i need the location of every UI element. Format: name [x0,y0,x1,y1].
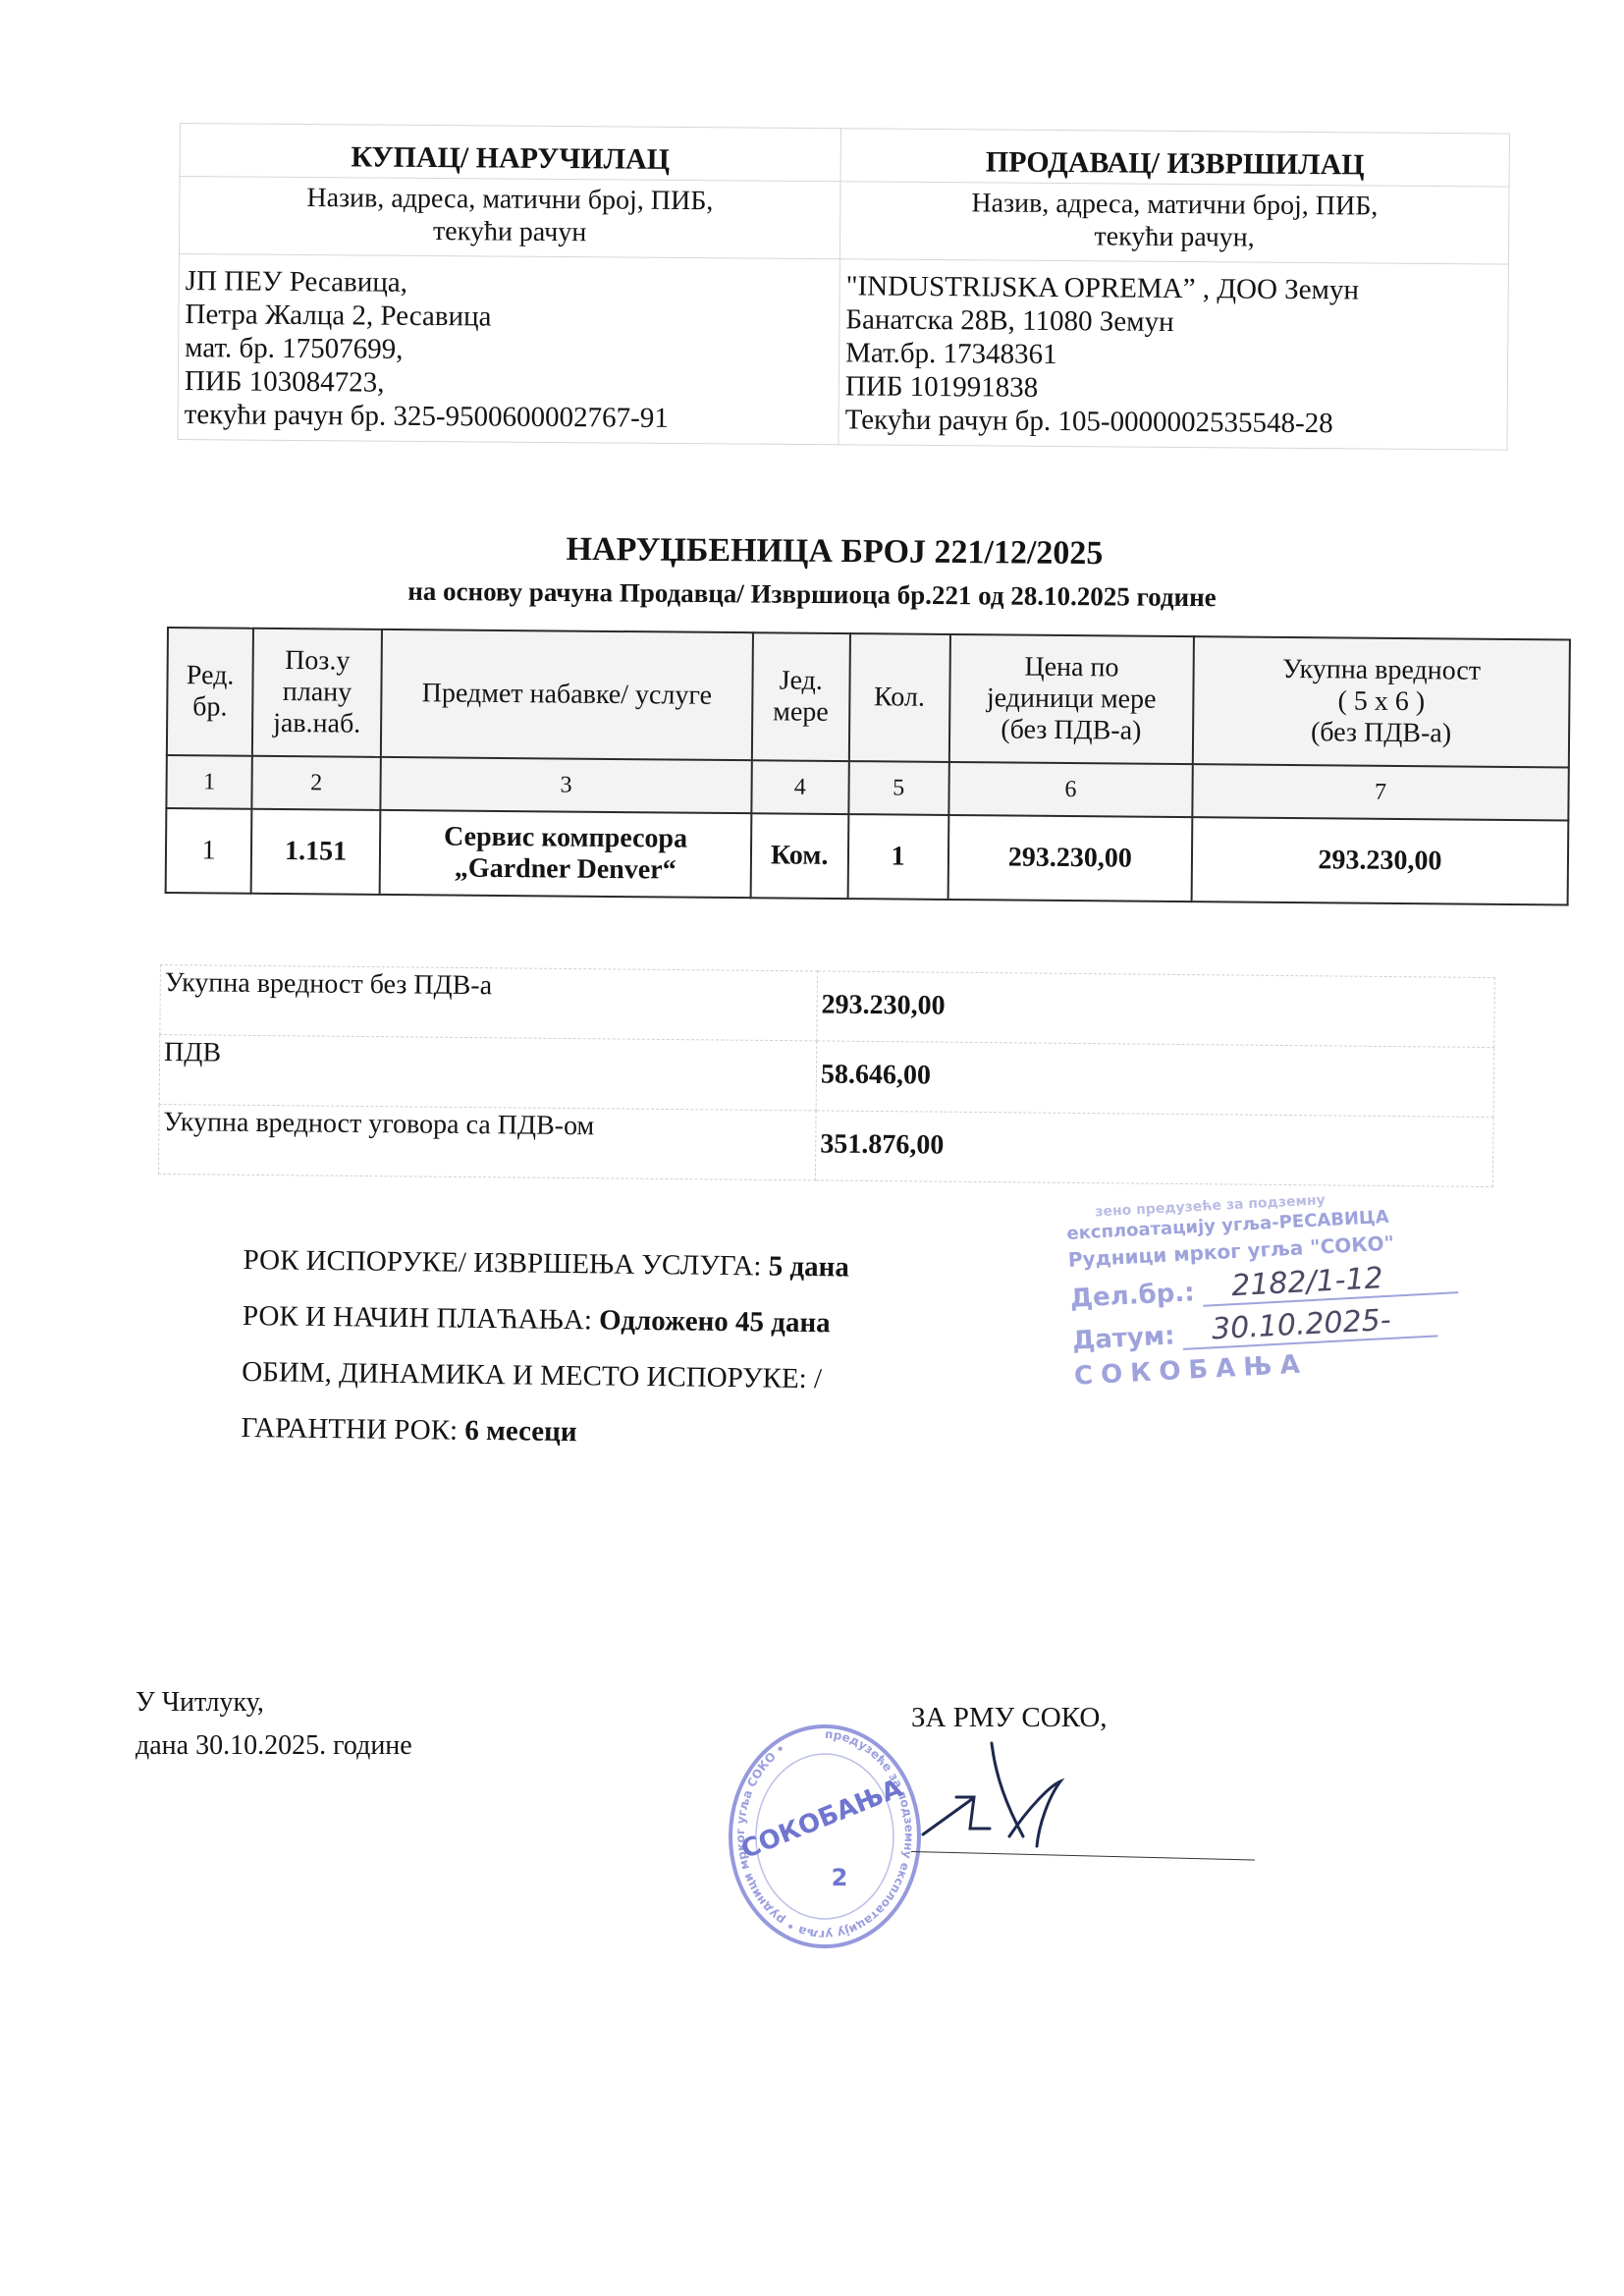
place-and-date: У Читлуку, дана 30.10.2025. године [135,1681,412,1768]
buyer-tax-id: ПИБ 103084723, [185,364,833,403]
signature-label: ЗА РМУ СОКО, [911,1702,1108,1734]
seller-tax-id: ПИБ 101991838 [845,369,1501,408]
grand-total-label: Укупна вредност уговора са ПДВ-ом [158,1104,816,1179]
terms-section: РОК ИСПОРУКЕ/ ИЗВРШЕЊА УСЛУГА: 5 дана РО… [241,1232,849,1464]
header-line: ( 5 x 6 ) [1198,684,1564,719]
signature-icon [913,1738,1110,1866]
term-label: РОК И НАЧИН ПЛАЋАЊА: [243,1300,592,1336]
term-label: ОБИМ, ДИНАМИКА И МЕСТО ИСПОРУКЕ: / [242,1356,822,1394]
header-line: јединици мере [954,683,1189,716]
buyer-details: ЈП ПЕУ Ресавица, Петра Жалца 2, Ресавица… [178,253,839,444]
table-row: 1 1.151 Сервис компресора „Gardner Denve… [166,808,1569,904]
row-number: 1 [166,808,252,894]
header-line: Јед. [757,665,844,697]
totals-row: ПДВ 58.646,00 [159,1035,1494,1118]
vat-value: 58.646,00 [816,1041,1494,1118]
header-line: (без ПДВ-а) [954,714,1189,747]
column-number: 1 [166,755,252,809]
buyer-reg-number: мат. бр. 17507699, [185,331,833,369]
grand-total-value: 351.876,00 [815,1111,1493,1187]
seller-details: "INDUSTRIJSKA OPREMA” , ДОО Земун Банатс… [839,259,1508,450]
seller-subheading: Назив, адреса, матични број, ПИБ, текући… [839,182,1509,264]
totals-row: Укупна вредност без ПДВ-а 293.230,00 [160,965,1495,1048]
header-line: бр. [172,691,247,724]
col-header-unit: Јед. мере [752,632,850,761]
col-header-plan-position: Поз.у плану јав.наб. [252,629,382,757]
header-line: плану [257,677,376,709]
items-header-row: Ред. бр. Поз.у плану јав.наб. Предмет на… [167,628,1570,767]
column-number: 2 [252,756,381,810]
buyer-name: ЈП ПЕУ Ресавица, [186,264,834,302]
stamp-number-value: 2182/1-12 [1201,1257,1458,1307]
unit-price: 293.230,00 [947,815,1192,902]
header-line: јав.наб. [257,708,376,740]
column-number: 4 [751,760,848,814]
payment-term: РОК И НАЧИН ПЛАЋАЊА: Одложено 45 дана [243,1288,849,1352]
seller-reg-number: Мат.бр. 17348361 [845,336,1501,374]
header-line: (без ПДВ-а) [1198,716,1564,750]
totals-row: Укупна вредност уговора са ПДВ-ом 351.87… [158,1104,1493,1186]
scope-term: ОБИМ, ДИНАМИКА И МЕСТО ИСПОРУКЕ: / [242,1344,848,1408]
term-value: 5 дана [769,1251,850,1284]
vat-label: ПДВ [159,1035,817,1111]
header-line: Поз.у [258,645,377,678]
column-number: 5 [848,761,948,815]
unit: Ком. [750,813,848,899]
stamp-date-value: 30.10.2025- [1181,1300,1438,1350]
place: У Читлуку, [135,1681,412,1724]
seller-bank-account: Текући рачун бр. 105-0000002535548-28 [845,403,1501,441]
seller-subheading-line: текући рачун, [846,218,1502,255]
buyer-bank-account: текући рачун бр. 325-9500600002767-91 [185,398,833,436]
buyer-subheading-line: Назив, адреса, матични број, ПИБ, [186,181,834,218]
issue-date: дана 30.10.2025. године [135,1724,412,1768]
seller-name: "INDUSTRIJSKA OPREMA” , ДОО Земун [846,269,1502,307]
subject-line: „Gardner Denver“ [382,852,749,887]
buyer-heading: КУПАЦ/ НАРУЧИЛАЦ [180,124,840,182]
col-header-row-number: Ред. бр. [167,628,253,756]
stamp-number-label: Дел.бр.: [1069,1278,1195,1314]
term-label: РОК ИСПОРУКЕ/ ИЗВРШЕЊА УСЛУГА: [243,1244,761,1282]
purchase-order-page: КУПАЦ/ НАРУЧИЛАЦ ПРОДАВАЦ/ ИЗВРШИЛАЦ Наз… [0,0,1624,2296]
quantity: 1 [847,814,948,900]
round-stamp-icon: предузеће за подземну експлоатацију угља… [722,1719,928,1954]
column-number: 3 [380,757,751,813]
svg-text:СОКОБАЊА: СОКОБАЊА [737,1774,907,1865]
seller-address: Банатска 28В, 11080 Земун [845,302,1501,341]
items-table: Ред. бр. Поз.у плану јав.наб. Предмет на… [165,627,1571,905]
registry-stamp: зено предузеће за подземну експлоатацију… [1065,1183,1497,1401]
header-line: Укупна вредност [1198,653,1564,687]
col-header-total: Укупна вредност ( 5 x 6 ) (без ПДВ-а) [1193,636,1570,767]
document-subtitle: на основу рачуна Продавца/ Извршиоца бр.… [0,574,1624,617]
term-label: ГАРАНТНИ РОК: [241,1412,458,1447]
delivery-term: РОК ИСПОРУКЕ/ ИЗВРШЕЊА УСЛУГА: 5 дана [243,1232,849,1296]
header-line: Кол. [854,682,945,714]
column-number: 7 [1192,764,1569,820]
buyer-subheading: Назив, адреса, матични број, ПИБ, текући… [179,177,840,259]
buyer-subheading-line: текући рачун [186,213,834,250]
header-line: мере [757,696,844,729]
total-value: 293.230,00 [817,971,1495,1048]
header-line: Предмет набавке/ услуге [386,678,747,712]
document-title: НАРУЏБЕНИЦА БРОЈ 221/12/2025 [0,526,1624,576]
warranty-term: ГАРАНТНИ РОК: 6 месеци [241,1400,847,1464]
totals-table: Укупна вредност без ПДВ-а 293.230,00 ПДВ… [158,964,1495,1187]
subject-line: Сервис компресора [382,821,749,855]
subject: Сервис компресора „Gardner Denver“ [380,810,752,898]
col-header-quantity: Кол. [848,633,949,762]
header-line: Цена по [954,651,1189,684]
buyer-address: Петра Жалца 2, Ресавица [185,298,833,336]
party-table: КУПАЦ/ НАРУЧИЛАЦ ПРОДАВАЦ/ ИЗВРШИЛАЦ Наз… [177,123,1509,451]
seller-heading: ПРОДАВАЦ/ ИЗВРШИЛАЦ [840,129,1509,187]
header-line: Ред. [172,660,247,692]
term-value: 6 месеци [464,1415,577,1448]
total-label: Укупна вредност без ПДВ-а [160,965,818,1041]
term-value: Одложено 45 дана [599,1304,831,1339]
svg-text:2: 2 [832,1864,848,1891]
stamp-date-label: Датум: [1071,1321,1175,1355]
col-header-subject: Предмет набавке/ услуге [381,629,753,760]
plan-position: 1.151 [251,809,381,895]
col-header-unit-price: Цена по јединици мере (без ПДВ-а) [948,634,1193,764]
seller-subheading-line: Назив, адреса, матични број, ПИБ, [846,186,1502,223]
column-number: 6 [948,762,1193,817]
line-total: 293.230,00 [1192,817,1569,904]
